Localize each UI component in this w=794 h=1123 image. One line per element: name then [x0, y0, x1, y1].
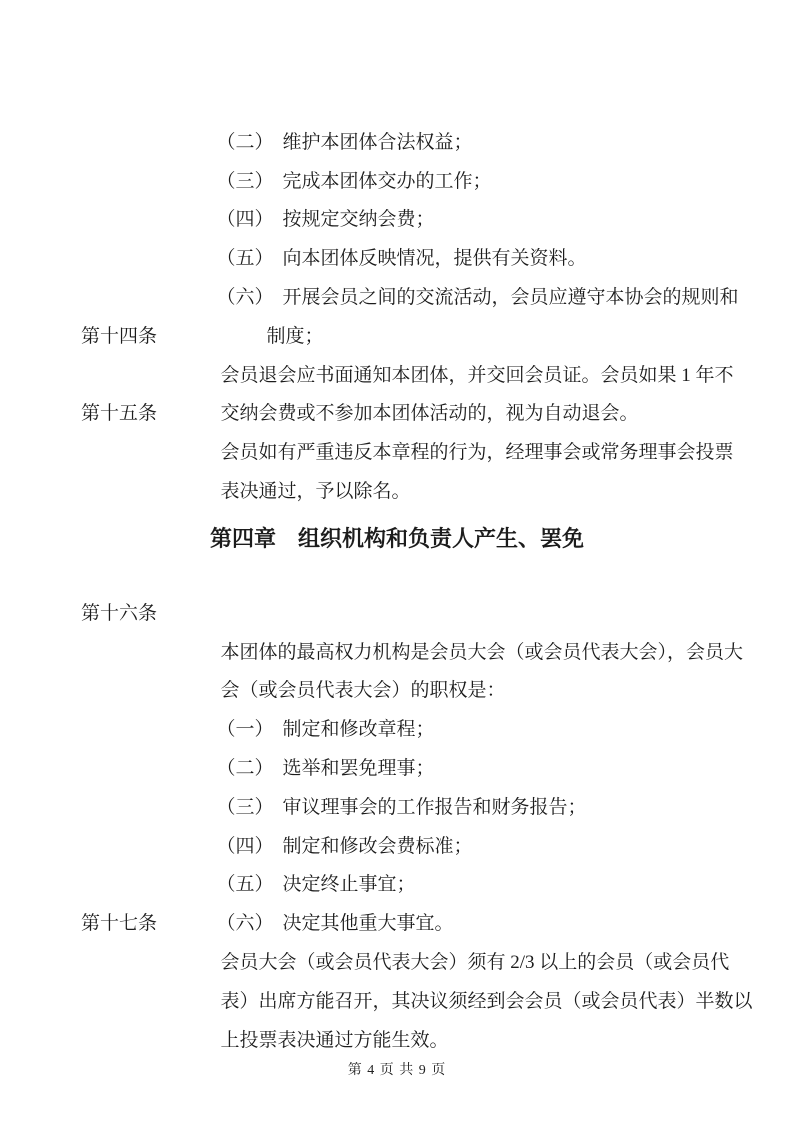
obligation-item: （三）完成本团体交办的工作；: [0, 124, 794, 163]
article-text-line: 会（或会员代表大会）的职权是：: [0, 634, 794, 673]
obligation-item: （六）开展会员之间的交流活动，会员应遵守本协会的规则和: [0, 240, 794, 279]
article-row: 第十六条本团体的最高权力机构是会员大会（或会员代表大会），会员大: [0, 595, 794, 634]
article-text-line: 交纳会费或不参加本团体活动的，视为自动退会。: [0, 357, 794, 396]
power-item: （二）选举和罢免理事；: [0, 711, 794, 750]
power-item: （六）决定其他重大事宜。: [0, 866, 794, 905]
article-label: 第十七条: [81, 905, 157, 944]
article-text-line: 表决通过，予以除名。: [0, 434, 794, 473]
power-item: （五）决定终止事宜；: [0, 828, 794, 867]
power-item: （三）审议理事会的工作报告和财务报告；: [0, 750, 794, 789]
article-row: 第十七条会员大会（或会员代表大会）须有 2/3 以上的会员（或会员代: [0, 905, 794, 944]
article-row: 第十五条会员如有严重违反本章程的行为，经理事会或常务理事会投票: [0, 395, 794, 434]
obligation-item: （二）维护本团体合法权益；: [0, 85, 794, 124]
article-text-line: 上投票表决通过方能生效。: [0, 983, 794, 1022]
power-item: （一）制定和修改章程；: [0, 672, 794, 711]
document-content: （二）维护本团体合法权益； （三）完成本团体交办的工作； （四）按规定交纳会费；…: [0, 0, 794, 1022]
document-page: （二）维护本团体合法权益； （三）完成本团体交办的工作； （四）按规定交纳会费；…: [0, 0, 794, 1123]
article-label: 第十六条: [81, 595, 157, 634]
chapter-heading: 第四章 组织机构和负责人产生、罢免: [0, 520, 794, 559]
page-footer: 第 4 页 共 9 页: [0, 1059, 794, 1079]
article-label: 第十四条: [81, 318, 157, 357]
obligation-item: （五）向本团体反映情况，提供有关资料。: [0, 201, 794, 240]
article-text: 上投票表决通过方能生效。: [221, 1030, 449, 1051]
obligation-item-continuation: 制度；: [0, 279, 794, 318]
power-item: （四）制定和修改会费标准；: [0, 789, 794, 828]
page-number-text: 第 4 页 共 9 页: [348, 1063, 447, 1078]
article-text: 表决通过，予以除名。: [221, 481, 411, 502]
article-text-line: 表）出席方能召开，其决议须经到会会员（或会员代表）半数以: [0, 944, 794, 983]
article-row: 第十四条会员退会应书面通知本团体，并交回会员证。会员如果 1 年不: [0, 318, 794, 357]
article-label: 第十五条: [81, 395, 157, 434]
obligation-item: （四）按规定交纳会费；: [0, 163, 794, 202]
